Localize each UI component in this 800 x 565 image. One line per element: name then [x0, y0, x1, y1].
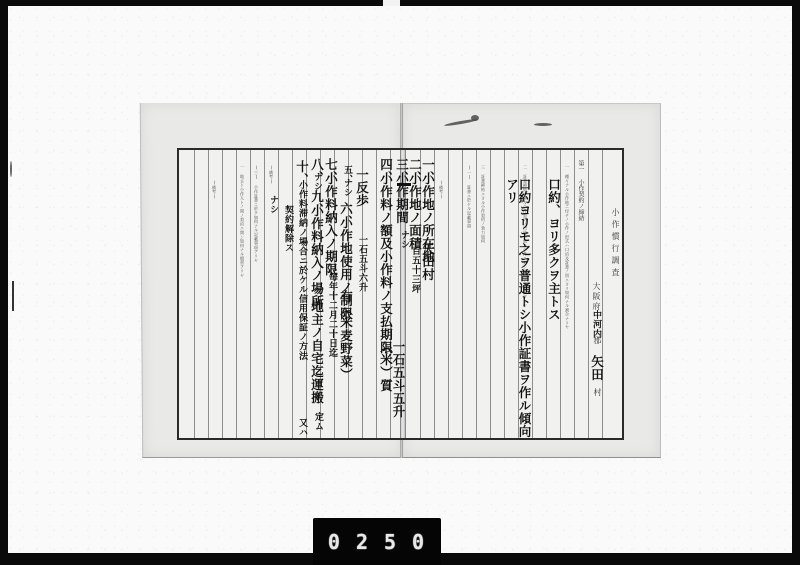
village-handwritten: 矢田	[590, 355, 603, 381]
ink-smudge	[10, 161, 12, 177]
answer-1-handwritten: 口約、ヨリ多クヲ主トス	[547, 178, 560, 321]
item-9-label: 小作料納入ノ場所	[310, 204, 323, 308]
frame-number: 0250	[314, 530, 440, 554]
binding-tab	[397, 183, 411, 186]
item-6-value: 有（米麦野菜）	[339, 290, 352, 381]
ruled-form: 小作慣行調査 大阪府 中河内 郡 矢田 村 第一 小作契約ノ締結 一 種々ナル小…	[177, 148, 624, 440]
question-left-b: 一 地主ト小作人トノ間ノ契約ニ関シ如何ナル慣習アリヤ	[240, 165, 244, 278]
document-spread: 小作慣行調査 大阪府 中河内 郡 矢田 村 第一 小作契約ノ締結 一 種々ナル小…	[141, 103, 661, 458]
notes-label-right: (備考)	[439, 180, 443, 199]
item-5-value: ナシ	[342, 178, 351, 197]
document-title: 小作慣行調査	[611, 208, 619, 280]
item-10-value: 又ハ	[297, 418, 306, 437]
area-handwritten: 一反歩	[355, 168, 368, 207]
ink-smudge	[471, 115, 479, 121]
village-suffix: 村	[593, 388, 601, 400]
question-left-a: (三) 小作証書ニ於テ如何ナル記載事項アリヤ	[254, 165, 258, 263]
page-edge-mark	[12, 281, 14, 311]
notes-label-left-2: (備考)	[212, 180, 216, 199]
prefecture-label: 大阪府	[592, 282, 600, 312]
ink-smudge	[534, 123, 552, 126]
answer-2-handwritten: 口約ヨリモ之ヲ普通トシ小作証書ヲ作ル傾向アリ	[505, 178, 530, 438]
notes-value: ナシ	[268, 195, 277, 214]
section-heading: 第一 小作契約ノ締結	[577, 160, 583, 221]
item-10-cont: 契約解除ス	[283, 205, 292, 253]
district-handwritten: 中河内	[591, 310, 600, 339]
item-9-cont: 定ム	[313, 412, 322, 431]
item-3-value: ナシ	[399, 230, 408, 249]
question-1: 一 種々ナル小作地ニ付テノ小作ノ形式ハ口約及証書ノ別ニヨリ如何ナル割合ナリヤ	[565, 165, 569, 329]
item-7-label: 小作料納入ノ期限	[324, 172, 337, 276]
item-7-value: 毎年十二月二十日迄	[327, 272, 336, 358]
item-10-label: 小作料滞納ノ場合ニ於ケル信用保証ノ方法	[297, 180, 306, 361]
question-3-sub: (一) 証書ニ於ケル記載事項	[467, 165, 471, 228]
notes-label-left: (備考)	[269, 165, 273, 184]
item-9-value: 地主ノ自宅迄運搬	[310, 300, 323, 404]
district-suffix: 郡	[593, 336, 601, 348]
area-value-handwritten: 一石五斗六升	[357, 235, 366, 292]
film-notch	[383, 0, 400, 6]
question-3: 三 証書締結ニヨル小作契約ノ効力如何	[481, 165, 485, 243]
item-4-label: 小作料ノ額及小作料ノ支払期限	[379, 172, 392, 354]
frame-counter: 0250	[313, 518, 441, 565]
item-8-value: ナシ	[312, 172, 321, 191]
item-3-label: 小作期間	[395, 172, 408, 224]
item-2-value: 百五十三坪	[410, 246, 419, 294]
item-4-value: 一石五斗五升（米）質	[379, 340, 404, 438]
